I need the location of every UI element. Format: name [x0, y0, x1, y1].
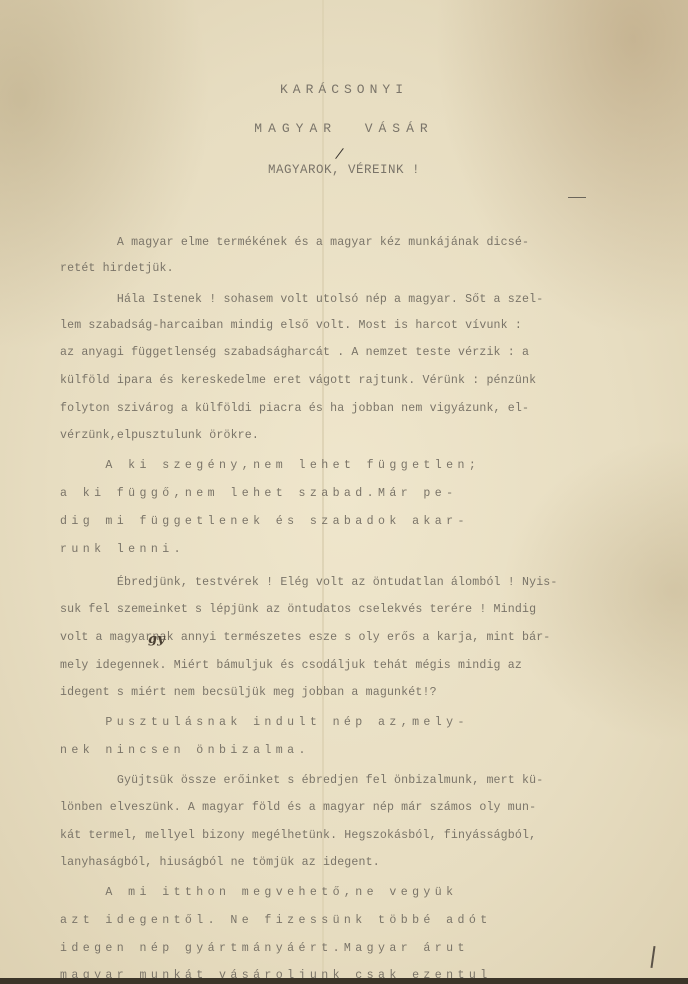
margin-pen-mark — [650, 946, 655, 968]
document-page: KARÁCSONYI MAGYAR VÁSÁR MAGYAROK, VÉREIN… — [0, 0, 688, 984]
paper-bottom-edge — [0, 978, 688, 984]
document-line: külföld ipara és kereskedelme eret vágot… — [60, 374, 536, 387]
title-line-2: MAGYAR VÁSÁR — [0, 121, 688, 136]
document-line: idegen nép gyártmányáért.Magyar árut — [60, 942, 469, 955]
title-line-3: MAGYAROK, VÉREINK ! — [0, 163, 688, 177]
document-line: lem szabadság-harcaiban mindig első volt… — [60, 319, 522, 332]
document-line: vérzünk,elpusztulunk örökre. — [60, 429, 259, 442]
document-line: folyton szivárog a külföldi piacra és ha… — [60, 402, 529, 415]
document-line: lönben elveszünk. A magyar föld és a mag… — [60, 801, 536, 814]
document-line: Ébredjünk, testvérek ! Elég volt az öntu… — [60, 576, 558, 589]
handwritten-comma-mark: / — [336, 146, 343, 163]
margin-dash-mark — [568, 197, 586, 198]
document-line: A mi itthon megvehető,ne vegyük — [60, 886, 458, 899]
document-line: lanyhaságból, hiuságból ne tömjük az ide… — [60, 856, 380, 869]
document-line: a ki függő,nem lehet szabad.Már pe- — [60, 487, 458, 500]
title-line-1: KARÁCSONYI — [0, 82, 688, 97]
document-line: Gyüjtsük össze erőinket s ébredjen fel ö… — [60, 774, 543, 787]
document-line: kát termel, mellyel bizony megélhetünk. … — [60, 829, 536, 842]
document-line: volt a magyarnak annyi természetes esze … — [60, 631, 550, 644]
handwritten-correction: gy — [148, 632, 165, 647]
document-line: runk lenni. — [60, 543, 185, 556]
document-line: A magyar elme termékének és a magyar kéz… — [60, 236, 529, 249]
document-line: idegent s miért nem becsüljük meg jobban… — [60, 686, 437, 699]
document-line: A ki szegény,nem lehet független; — [60, 459, 480, 472]
document-line: retét hirdetjük. — [60, 262, 174, 275]
document-line: azt idegentől. Ne fizessünk többé adót — [60, 914, 492, 927]
document-line: mely idegennek. Miért bámuljuk és csodál… — [60, 659, 522, 672]
document-line: dig mi függetlenek és szabadok akar- — [60, 515, 469, 528]
document-line: suk fel szemeinket s lépjünk az öntudato… — [60, 603, 536, 616]
document-line: az anyagi függetlenség szabadságharcát .… — [60, 346, 529, 359]
document-line: nek nincsen önbizalma. — [60, 744, 310, 757]
document-line: Hála Istenek ! sohasem volt utolsó nép a… — [60, 293, 543, 306]
document-line: Pusztulásnak indult nép az,mely- — [60, 716, 469, 729]
